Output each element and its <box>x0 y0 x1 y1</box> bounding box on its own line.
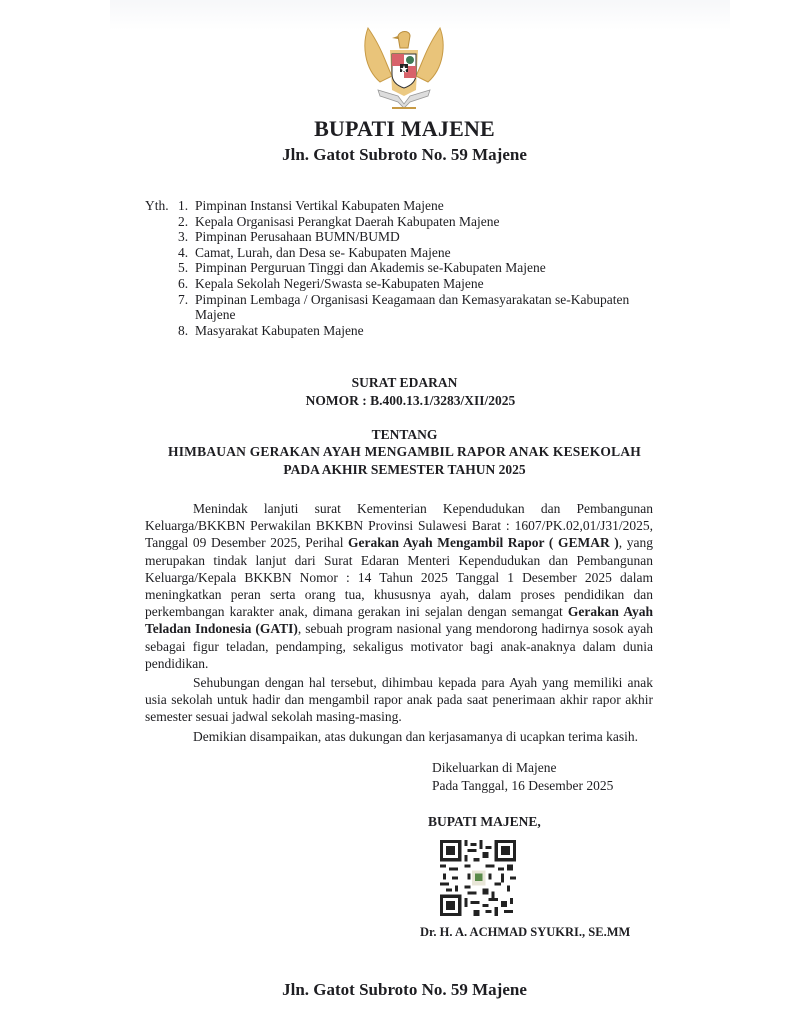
gemar-bold: Gerakan Ayah Mengambil Rapor ( GEMAR ) <box>348 535 619 550</box>
recipient-item: 4.Camat, Lurah, dan Desa se- Kabupaten M… <box>178 245 638 261</box>
subject-line-1: HIMBAUAN GERAKAN AYAH MENGAMBIL RAPOR AN… <box>0 444 809 460</box>
issuance-block: Dikeluarkan di Majene Pada Tanggal, 16 D… <box>432 759 613 795</box>
signatory-title: BUPATI MAJENE, <box>428 814 541 830</box>
recipient-item: 1.Pimpinan Instansi Vertikal Kabupaten M… <box>178 198 638 214</box>
qr-code-icon <box>440 840 516 916</box>
letter-body: Menindak lanjuti surat Kementerian Kepen… <box>145 500 653 745</box>
recipient-list: 1.Pimpinan Instansi Vertikal Kabupaten M… <box>178 198 638 338</box>
issuance-place: Dikeluarkan di Majene <box>432 759 613 777</box>
recipient-item: 8.Masyarakat Kabupaten Majene <box>178 323 638 339</box>
circular-title: SURAT EDARAN <box>0 375 809 391</box>
recipient-item: 5.Pimpinan Perguruan Tinggi dan Akademis… <box>178 260 638 276</box>
subject-line-2: PADA AKHIR SEMESTER TAHUN 2025 <box>0 462 809 478</box>
about-label: TENTANG <box>0 427 809 443</box>
letterhead-title: BUPATI MAJENE <box>0 116 809 142</box>
letter-page: BUPATI MAJENE Jln. Gatot Subroto No. 59 … <box>0 0 809 1024</box>
recipient-item: 2.Kepala Organisasi Perangkat Daerah Kab… <box>178 214 638 230</box>
footer-address: Jln. Gatot Subroto No. 59 Majene <box>0 980 809 1000</box>
issuance-date: Pada Tanggal, 16 Desember 2025 <box>432 777 613 795</box>
garuda-emblem-icon <box>358 24 450 112</box>
letterhead-address: Jln. Gatot Subroto No. 59 Majene <box>0 145 809 165</box>
signatory-name: Dr. H. A. ACHMAD SYUKRI., SE.MM <box>420 925 630 940</box>
paragraph-3: Demikian disampaikan, atas dukungan dan … <box>145 728 653 745</box>
recipient-item: 3.Pimpinan Perusahaan BUMN/BUMD <box>178 229 638 245</box>
recipient-item: 7.Pimpinan Lembaga / Organisasi Keagamaa… <box>178 292 638 323</box>
addressee-label: Yth. <box>145 198 169 214</box>
circular-number: NOMOR : B.400.13.1/3283/XII/2025 <box>6 393 809 409</box>
recipient-item: 6.Kepala Sekolah Negeri/Swasta se-Kabupa… <box>178 276 638 292</box>
paragraph-1: Menindak lanjuti surat Kementerian Kepen… <box>145 500 653 672</box>
paragraph-2: Sehubungan dengan hal tersebut, dihimbau… <box>145 674 653 726</box>
